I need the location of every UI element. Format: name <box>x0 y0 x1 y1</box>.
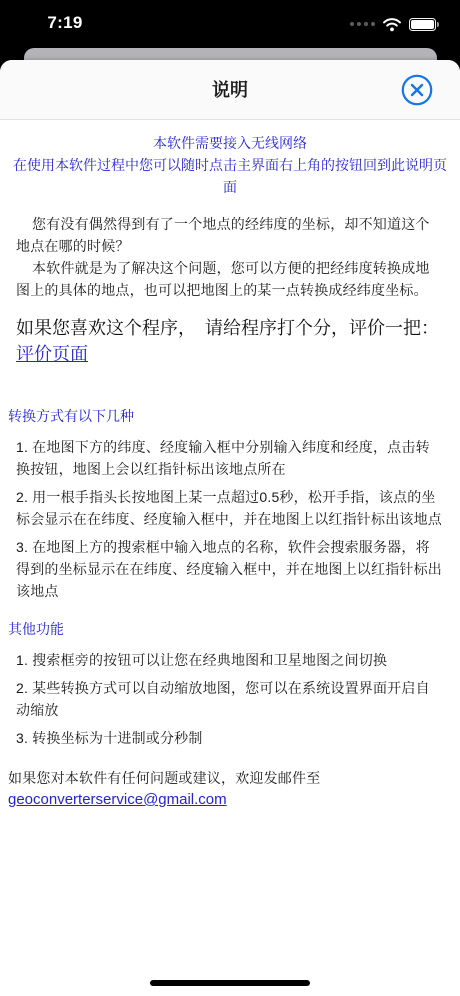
description-block: 您有没有偶然得到有了一个地点的经纬度的坐标，却不知道这个地点在哪的时候？ 本软件… <box>0 213 460 301</box>
rate-page-link[interactable]: 评价页面 <box>16 344 88 364</box>
list-item: 1. 搜索框旁的按钮可以让您在经典地图和卫星地图之间切换 <box>16 649 443 671</box>
help-sheet: 说明 本软件需要接入无线网络 在使用本软件过程中您可以随时点击主界面右上角的按钮… <box>0 60 460 996</box>
contact-text: 如果您对本软件有任何问题或建议，欢迎发邮件至 <box>8 767 452 789</box>
close-icon <box>400 73 434 107</box>
list-item: 2. 某些转换方式可以自动缩放地图，您可以在系统设置界面开启自动缩放 <box>16 677 443 721</box>
rate-link-row: 评价页面 <box>16 342 443 368</box>
page-title: 说明 <box>0 60 460 120</box>
status-icons <box>350 16 436 32</box>
wifi-icon <box>382 17 402 32</box>
paragraph-question: 您有没有偶然得到有了一个地点的经纬度的坐标，却不知道这个地点在哪的时候？ <box>16 213 443 257</box>
help-content: 本软件需要接入无线网络 在使用本软件过程中您可以随时点击主界面右上角的按钮回到此… <box>0 121 460 996</box>
methods-list: 1. 在地图下方的纬度、经度输入框中分别输入纬度和经度，点击转换按钮，地图上会以… <box>0 436 460 602</box>
home-indicator[interactable] <box>150 980 310 986</box>
list-item: 2. 用一根手指头长按地图上某一点超过0.5秒，松开手指，该点的坐标会显示在在纬… <box>16 486 443 530</box>
sheet-header: 说明 <box>0 60 460 120</box>
status-time: 7:19 <box>34 13 96 33</box>
intro-line-2: 在使用本软件过程中您可以随时点击主界面右上角的按钮回到此说明页面 <box>10 154 450 198</box>
close-button[interactable] <box>400 73 434 107</box>
email-row: geoconverterservice@gmail.com <box>8 789 452 810</box>
intro-line-1: 本软件需要接入无线网络 <box>10 132 450 154</box>
list-item: 3. 在地图上方的搜索框中输入地点的名称，软件会搜索服务器，将得到的坐标显示在在… <box>16 536 443 602</box>
rate-prompt: 如果您喜欢这个程序， 请给程序打个分，评价一把： <box>16 316 443 341</box>
list-item: 3. 转换坐标为十进制或分秒制 <box>16 727 443 749</box>
list-item: 1. 在地图下方的纬度、经度输入框中分别输入纬度和经度，点击转换按钮，地图上会以… <box>16 436 443 480</box>
other-features-list: 1. 搜索框旁的按钮可以让您在经典地图和卫星地图之间切换 2. 某些转换方式可以… <box>0 649 460 749</box>
paragraph-solution: 本软件就是为了解决这个问题，您可以方便的把经纬度转换成地图上的具体的地点，也可以… <box>16 257 443 301</box>
methods-heading: 转换方式有以下几种 <box>8 405 452 427</box>
battery-icon <box>409 18 436 31</box>
status-bar: 7:19 <box>0 0 460 48</box>
cellular-signal-icon <box>350 22 375 26</box>
contact-email-link[interactable]: geoconverterservice@gmail.com <box>8 791 227 808</box>
other-features-heading: 其他功能 <box>8 618 452 640</box>
intro-blue-block: 本软件需要接入无线网络 在使用本软件过程中您可以随时点击主界面右上角的按钮回到此… <box>0 132 460 198</box>
